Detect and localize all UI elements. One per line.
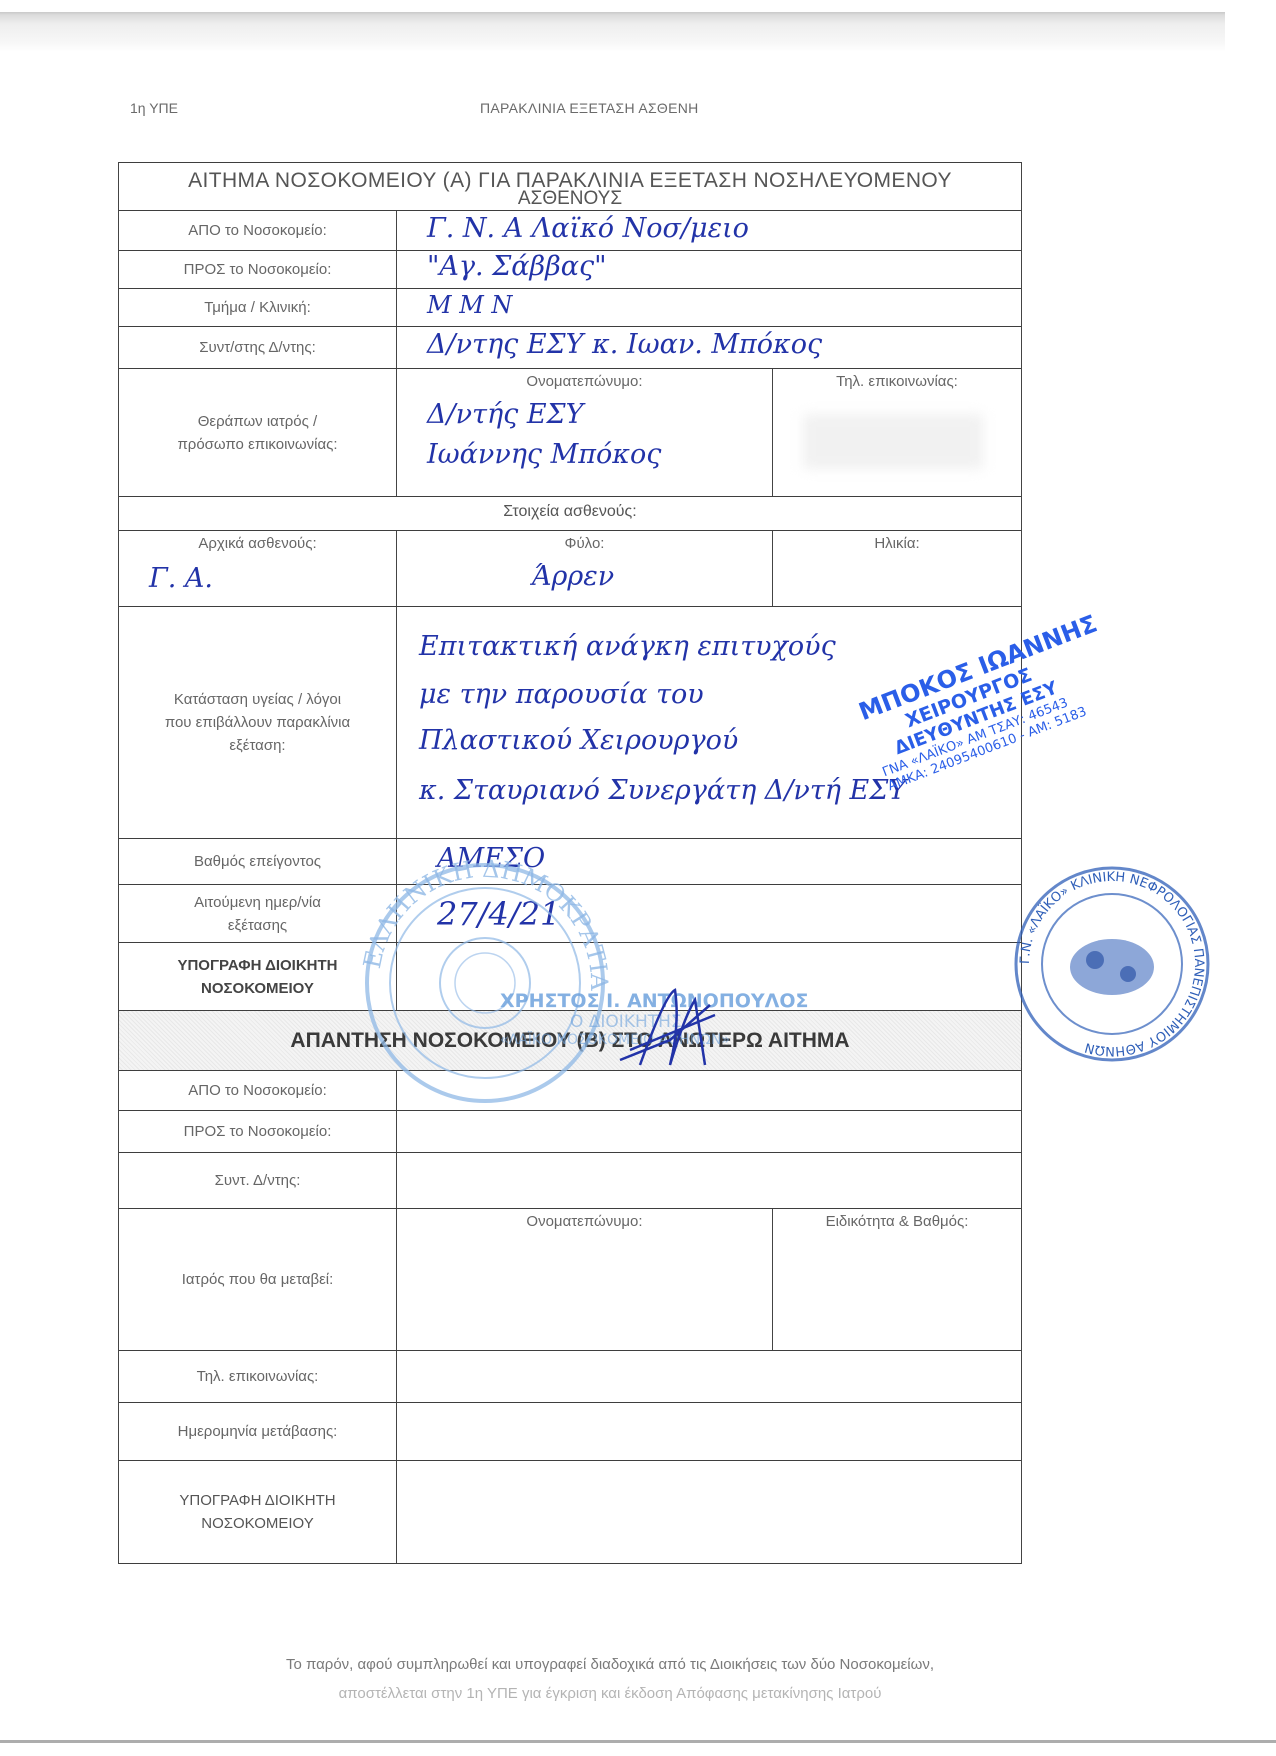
condition-field[interactable]: Επιτακτική ανάγκη επιτυχούς με την παρου… (397, 607, 1021, 838)
condition-line3: Πλαστικού Χειρουργού (419, 725, 738, 756)
attending-name-header: Ονοματεπώνυμο: (397, 369, 772, 390)
b-phone-label: Τηλ. επικοινωνίας: (119, 1351, 397, 1402)
b-signature-label-line2: ΝΟΣΟΚΟΜΕΙΟΥ (179, 1512, 335, 1535)
patient-sex-label: Φύλο: (397, 531, 772, 552)
row-requested-date: Αιτούμενη ημερ/νία εξέτασης 27/4/21 (119, 884, 1021, 942)
urgency-label: Βαθμός επείγοντος (119, 839, 397, 884)
department-label: Τμήμα / Κλινική: (119, 289, 397, 326)
attending-phone-field[interactable]: Τηλ. επικοινωνίας: (773, 369, 1021, 496)
signature-a-field[interactable] (397, 943, 1021, 1010)
urgency-field[interactable]: ΑΜΕΣΟ (397, 839, 1021, 884)
attending-label-line2: πρόσωπο επικοινωνίας: (177, 433, 337, 456)
b-from-hospital-label: ΑΠΟ το Νοσοκομείο: (119, 1071, 397, 1110)
condition-label-line2: που επιβάλλουν παρακλίνια (165, 711, 350, 734)
header-title: ΠΑΡΑΚΛΙΝΙΑ ΕΞΕΤΑΣΗ ΑΣΘΕΝΗ (480, 100, 699, 116)
coordinator-value: Δ/ντης ΕΣΥ κ. Ιωαν. Μπόκος (427, 329, 822, 360)
coordinator-field[interactable]: Δ/ντης ΕΣΥ κ. Ιωαν. Μπόκος (397, 327, 1021, 368)
urgency-value: ΑΜΕΣΟ (437, 843, 545, 874)
attending-label-line1: Θεράπων ιατρός / (177, 410, 337, 433)
row-b-transfer-date: Ημερομηνία μετάβασης: (119, 1402, 1021, 1460)
b-transfer-date-label: Ημερομηνία μετάβασης: (119, 1403, 397, 1460)
signature-a-label-line1: ΥΠΟΓΡΑΦΗ ΔΙΟΙΚΗΤΗ (177, 954, 337, 977)
condition-line2: με την παρουσία του (419, 679, 704, 710)
requested-date-label-line2: εξέτασης (194, 914, 321, 937)
row-b-signature: ΥΠΟΓΡΑΦΗ ΔΙΟΙΚΗΤΗ ΝΟΣΟΚΟΜΕΙΟΥ (119, 1460, 1021, 1564)
condition-label-line3: εξέταση: (165, 734, 350, 757)
row-patient-details-header: Στοιχεία ασθενούς: (119, 496, 1021, 530)
b-doctor-specialty-header: Ειδικότητα & Βαθμός: (773, 1209, 1021, 1230)
row-patient: Αρχικά ασθενούς: Γ. Α. Φύλο: Άρρεν Ηλικί… (119, 530, 1021, 606)
redacted-phone (803, 414, 983, 469)
signature-a-label-line2: ΝΟΣΟΚΟΜΕΙΟΥ (177, 977, 337, 1000)
signature-a-label: ΥΠΟΓΡΑΦΗ ΔΙΟΙΚΗΤΗ ΝΟΣΟΚΟΜΕΙΟΥ (119, 943, 397, 1010)
b-doctor-name-field[interactable]: Ονοματεπώνυμο: (397, 1209, 773, 1350)
b-to-hospital-label: ΠΡΟΣ το Νοσοκομείο: (119, 1111, 397, 1152)
section-b-title: ΑΠΑΝΤΗΣΗ ΝΟΣΟΚΟΜΕΙΟΥ (Β) ΣΤΟ ΑΝΩΤΕΡΩ ΑΙΤ… (119, 1011, 1021, 1070)
patient-age-field[interactable]: Ηλικία: (773, 531, 1021, 606)
requested-date-label-line1: Αιτούμενη ημερ/νία (194, 891, 321, 914)
clinic-seal-icon: Γ.Ν. «ΛΑΪΚΟ» ΚΛΙΝΙΚΗ ΝΕΦΡΟΛΟΓΙΑΣ ΠΑΝΕΠΙΣ… (1010, 862, 1215, 1067)
attending-label: Θεράπων ιατρός / πρόσωπο επικοινωνίας: (119, 369, 397, 496)
patient-sex-field[interactable]: Φύλο: Άρρεν (397, 531, 773, 606)
from-hospital-label: ΑΠΟ το Νοσοκομείο: (119, 211, 397, 250)
footer-note: Το παρόν, αφού συμπληρωθεί και υπογραφεί… (100, 1650, 1120, 1708)
row-attending: Θεράπων ιατρός / πρόσωπο επικοινωνίας: Ο… (119, 368, 1021, 496)
scan-edge-top (0, 12, 1225, 52)
requested-date-value: 27/4/21 (437, 895, 560, 933)
condition-label: Κατάσταση υγείας / λόγοι που επιβάλλουν … (119, 607, 397, 838)
svg-text:Γ.Ν. «ΛΑΪΚΟ» ΚΛΙΝΙΚΗ ΝΕΦΡΟΛΟΓΙ: Γ.Ν. «ΛΑΪΚΟ» ΚΛΙΝΙΚΗ ΝΕΦΡΟΛΟΓΙΑΣ ΠΑΝΕΠΙΣ… (1018, 870, 1206, 1058)
attending-name-line1: Δ/ντής ΕΣΥ (427, 399, 583, 430)
b-transfer-date-field[interactable] (397, 1403, 1021, 1460)
footer-line2: αποστέλλεται στην 1η ΥΠΕ για έγκριση και… (100, 1679, 1120, 1708)
row-condition: Κατάσταση υγείας / λόγοι που επιβάλλουν … (119, 606, 1021, 838)
row-b-doctor: Ιατρός που θα μεταβεί: Ονοματεπώνυμο: Ει… (119, 1208, 1021, 1350)
attending-phone-header: Τηλ. επικοινωνίας: (773, 369, 1021, 390)
row-b-coordinator: Συντ. Δ/ντης: (119, 1152, 1021, 1208)
row-b-to-hospital: ΠΡΟΣ το Νοσοκομείο: (119, 1110, 1021, 1152)
requested-date-field[interactable]: 27/4/21 (397, 885, 1021, 942)
b-doctor-label: Ιατρός που θα μεταβεί: (119, 1209, 397, 1350)
condition-label-line1: Κατάσταση υγείας / λόγοι (165, 688, 350, 711)
condition-line4: κ. Σταυριανό Συνεργάτη Δ/ντή ΕΣΥ (419, 775, 906, 806)
requested-date-label: Αιτούμενη ημερ/νία εξέτασης (119, 885, 397, 942)
patient-sex-value: Άρρεν (532, 561, 614, 592)
patient-initials-label: Αρχικά ασθενούς: (119, 531, 396, 552)
row-b-phone: Τηλ. επικοινωνίας: (119, 1350, 1021, 1402)
row-coordinator: Συντ/στης Δ/ντης: Δ/ντης ΕΣΥ κ. Ιωαν. Μπ… (119, 326, 1021, 368)
request-form: ΑΙΤΗΜΑ ΝΟΣΟΚΟΜΕΙΟΥ (Α) ΓΙΑ ΠΑΡΑΚΛΙΝΙΑ ΕΞ… (118, 162, 1022, 1564)
b-signature-field[interactable] (397, 1461, 1021, 1563)
row-signature-a: ΥΠΟΓΡΑΦΗ ΔΙΟΙΚΗΤΗ ΝΟΣΟΚΟΜΕΙΟΥ (119, 942, 1021, 1010)
section-a-title-line2: ΑΣΘΕΝΟΥΣ (119, 188, 1021, 210)
b-to-hospital-field[interactable] (397, 1111, 1021, 1152)
from-hospital-field[interactable]: Γ. Ν. Α Λαϊκό Νοσ/μειο (397, 211, 1021, 250)
row-from-hospital: ΑΠΟ το Νοσοκομείο: Γ. Ν. Α Λαϊκό Νοσ/μει… (119, 210, 1021, 250)
to-hospital-label: ΠΡΟΣ το Νοσοκομείο: (119, 251, 397, 288)
attending-name-field[interactable]: Ονοματεπώνυμο: Δ/ντής ΕΣΥ Ιωάννης Μπόκος (397, 369, 773, 496)
to-hospital-field[interactable]: "Αγ. Σάββας" (397, 251, 1021, 288)
b-doctor-name-header: Ονοματεπώνυμο: (397, 1209, 772, 1230)
b-doctor-specialty-field[interactable]: Ειδικότητα & Βαθμός: (773, 1209, 1021, 1350)
row-urgency: Βαθμός επείγοντος ΑΜΕΣΟ (119, 838, 1021, 884)
b-signature-label: ΥΠΟΓΡΑΦΗ ΔΙΟΙΚΗΤΗ ΝΟΣΟΚΟΜΕΙΟΥ (119, 1461, 397, 1563)
header-region: 1η ΥΠΕ (130, 100, 178, 116)
patient-details-header: Στοιχεία ασθενούς: (119, 497, 1021, 530)
row-department: Τμήμα / Κλινική: Μ Μ Ν (119, 288, 1021, 326)
attending-name-line2: Ιωάννης Μπόκος (427, 439, 661, 470)
patient-initials-field[interactable]: Αρχικά ασθενούς: Γ. Α. (119, 531, 397, 606)
to-hospital-value: "Αγ. Σάββας" (427, 251, 607, 282)
b-coordinator-field[interactable] (397, 1153, 1021, 1208)
condition-line1: Επιτακτική ανάγκη επιτυχούς (419, 631, 836, 662)
coordinator-label: Συντ/στης Δ/ντης: (119, 327, 397, 368)
b-coordinator-label: Συντ. Δ/ντης: (119, 1153, 397, 1208)
patient-age-label: Ηλικία: (773, 531, 1021, 552)
clinic-seal-stamp: Γ.Ν. «ΛΑΪΚΟ» ΚΛΙΝΙΚΗ ΝΕΦΡΟΛΟΓΙΑΣ ΠΑΝΕΠΙΣ… (1010, 862, 1215, 1067)
department-field[interactable]: Μ Μ Ν (397, 289, 1021, 326)
b-phone-field[interactable] (397, 1351, 1021, 1402)
scan-edge-bottom (0, 1740, 1276, 1743)
patient-initials-value: Γ. Α. (149, 563, 213, 594)
from-hospital-value: Γ. Ν. Α Λαϊκό Νοσ/μειο (427, 213, 749, 244)
footer-line1: Το παρόν, αφού συμπληρωθεί και υπογραφεί… (100, 1650, 1120, 1679)
row-to-hospital: ΠΡΟΣ το Νοσοκομείο: "Αγ. Σάββας" (119, 250, 1021, 288)
row-b-from-hospital: ΑΠΟ το Νοσοκομείο: (119, 1070, 1021, 1110)
b-from-hospital-field[interactable] (397, 1071, 1021, 1110)
department-value: Μ Μ Ν (427, 291, 512, 319)
section-b-title-row: ΑΠΑΝΤΗΣΗ ΝΟΣΟΚΟΜΕΙΟΥ (Β) ΣΤΟ ΑΝΩΤΕΡΩ ΑΙΤ… (119, 1010, 1021, 1070)
b-signature-label-line1: ΥΠΟΓΡΑΦΗ ΔΙΟΙΚΗΤΗ (179, 1489, 335, 1512)
